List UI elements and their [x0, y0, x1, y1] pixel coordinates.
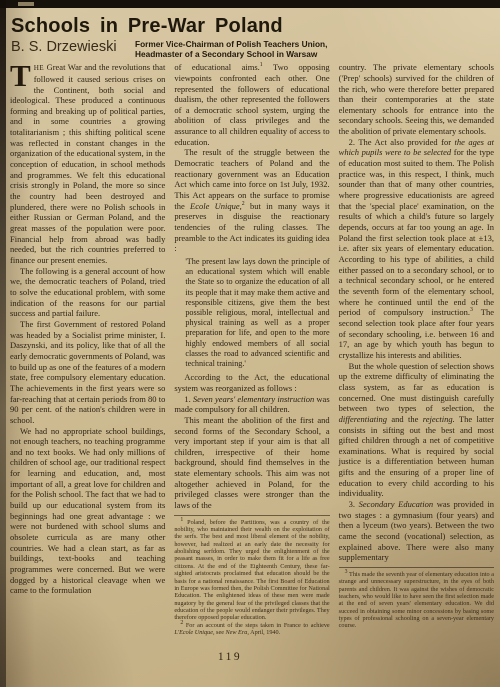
paragraph-text: The latter consists in sifting out the b…: [339, 414, 494, 499]
footnote-text: April, 1940.: [249, 629, 280, 636]
scanned-page: Schools in Pre-War Poland B. S. Drzewies…: [0, 0, 500, 687]
author-byline: B. S. Drzewieski: [11, 39, 127, 55]
paragraph: We had no appropriate school buildings, …: [10, 426, 165, 597]
paragraph-text: According to the Act, the educational sy…: [174, 372, 329, 393]
paragraph-text: The first Government of restored Poland …: [10, 319, 165, 425]
scan-notch: [18, 2, 34, 6]
paragraph-text: country. The private elementary schools …: [339, 62, 494, 136]
small-caps: HE: [34, 64, 44, 72]
column-3: country. The private elementary schools …: [339, 62, 494, 636]
paragraph-text: of educational aims.: [174, 62, 259, 72]
author-subtitle: Former Vice-Chairman of Polish Teachers …: [135, 40, 327, 59]
paragraph: THE Great War and the revolutions that f…: [10, 62, 165, 265]
italic-text: New Era,: [226, 629, 249, 636]
paragraph-text: for the type of education most suited to…: [339, 147, 494, 317]
footnote-2: 2 For an account of the steps taken in F…: [174, 622, 329, 637]
italic-text: Secondary Education: [359, 499, 433, 509]
quote-text: 'The present law lays down the principle…: [185, 257, 329, 368]
italic-text: Ecole Unique,: [190, 201, 242, 211]
scan-edge-left: [0, 0, 6, 687]
block-quote: 'The present law lays down the principle…: [185, 257, 329, 369]
drop-cap: T: [10, 62, 34, 88]
paragraph: According to the Act, the educational sy…: [174, 372, 329, 393]
paragraph: The following is a general account of ho…: [10, 266, 165, 319]
footnote-1: 1 Poland, before the Partitions, was a c…: [174, 519, 329, 622]
footnote-text: see: [215, 629, 226, 636]
scan-edge-top: [0, 0, 500, 8]
paragraph: of educational aims.1 Two opposing viewp…: [174, 62, 329, 147]
paragraph-text: This meant the abolition of the first an…: [174, 415, 329, 510]
column-1: THE Great War and the revolutions that f…: [10, 62, 165, 636]
article: Schools in Pre-War Poland B. S. Drzewies…: [10, 8, 494, 636]
footnote-text: This made the seventh year of elementary…: [339, 571, 494, 629]
paragraph: But the whole question of selection show…: [339, 361, 494, 500]
footnote-text: For an account of the steps taken in Fra…: [183, 622, 329, 629]
italic-text: rejecting.: [423, 414, 455, 424]
paragraph-text: The following is a general account of ho…: [10, 266, 165, 319]
subtitle-line-2: Headmaster of a Secondary School in Wars…: [135, 50, 327, 60]
column-2: of educational aims.1 Two opposing viewp…: [174, 62, 329, 636]
paragraph-text: and the: [387, 414, 423, 424]
page-title: Schools in Pre-War Poland: [11, 15, 494, 38]
italic-text: differentiating: [339, 414, 387, 424]
byline-row: B. S. Drzewieski Former Vice-Chairman of…: [11, 39, 494, 59]
text-columns: THE Great War and the revolutions that f…: [10, 62, 494, 636]
list-number: 3.: [349, 499, 359, 509]
list-number: 2. The Act also provided for: [349, 137, 455, 147]
paragraph: country. The private elementary schools …: [339, 62, 494, 137]
footnote-text: Poland, before the Partitions, was a cou…: [174, 519, 329, 621]
italic-text: L'Ecole Unique,: [174, 629, 214, 636]
paragraph: The first Government of restored Poland …: [10, 319, 165, 426]
paragraph-text: Great War and the revolutions that follo…: [10, 62, 165, 265]
page-number: 119: [0, 651, 460, 663]
paragraph-text: We had no appropriate school buildings, …: [10, 426, 165, 596]
paragraph-text: But the whole question of selection show…: [339, 361, 494, 414]
list-item-1: 1. Seven years' elementary instruction w…: [174, 394, 329, 415]
list-number: 1.: [184, 394, 193, 404]
footnotes: 1 Poland, before the Partitions, was a c…: [174, 515, 329, 637]
paragraph: The result of the struggle between the D…: [174, 147, 329, 254]
italic-text: Seven years' elementary instruction: [193, 394, 314, 404]
footnotes: 3 This made the seventh year of elementa…: [339, 567, 494, 630]
list-item-3: 3. Secondary Education was provided in t…: [339, 499, 494, 563]
paragraph: This meant the abolition of the first an…: [174, 415, 329, 511]
list-item-2: 2. The Act also provided for the ages at…: [339, 137, 494, 361]
footnote-3: 3 This made the seventh year of elementa…: [339, 571, 494, 630]
paragraph-text: Two opposing viewpoints confronted each …: [174, 62, 329, 147]
